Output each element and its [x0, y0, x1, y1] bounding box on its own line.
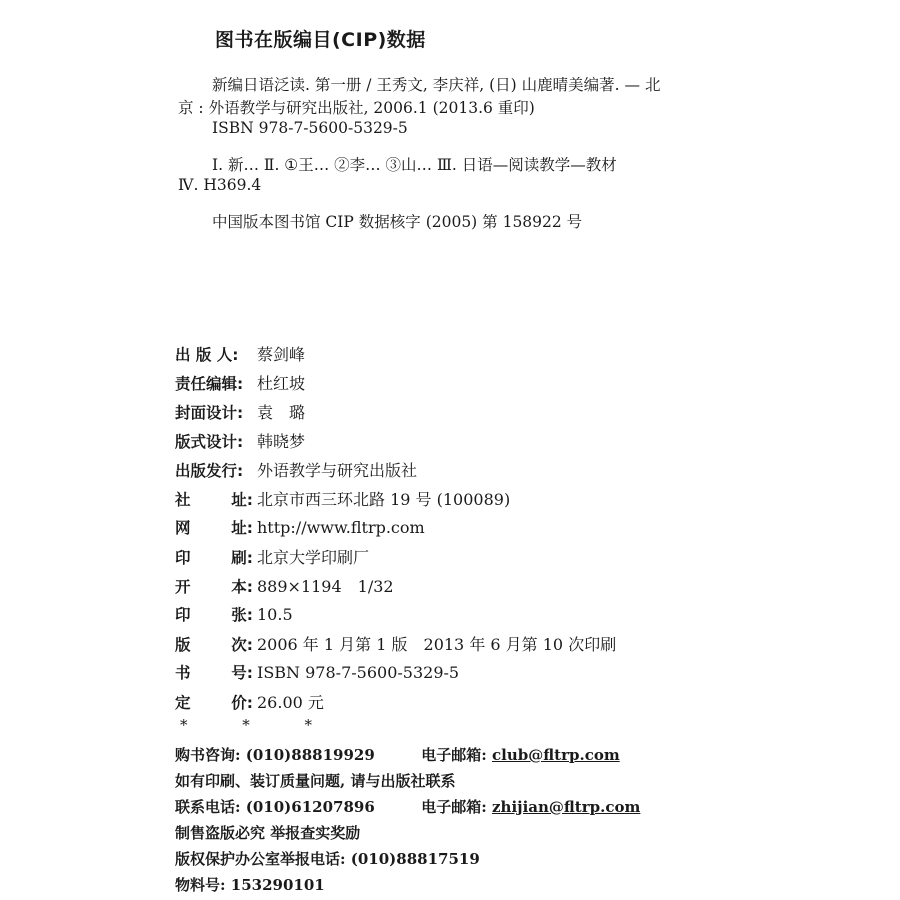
colophon-value: ISBN 978-7-5600-5329-5 [257, 663, 459, 682]
colophon-label: 封面设计: [175, 401, 257, 423]
cip-classification: Ⅰ. 新… Ⅱ. ①王… ②李… ③山… Ⅲ. 日语—阅读教学—教材 [212, 153, 617, 175]
cip-isbn: ISBN 978-7-5600-5329-5 [212, 119, 408, 137]
colophon-row-publisher: 出 版 人:蔡剑峰 [175, 342, 305, 366]
colophon-value: 26.00 元 [257, 693, 324, 712]
colophon-row-editor: 责任编辑:杜红坡 [175, 371, 305, 395]
colophon-row-printer: 印刷:北京大学印刷厂 [175, 545, 369, 569]
contact-line: 联系电话: (010)61207896 电子邮箱: zhijian@fltrp.… [175, 796, 640, 817]
colophon-label: 印刷: [175, 546, 253, 568]
colophon-row-website: 网址:http://www.fltrp.com [175, 516, 425, 540]
colophon-row-edition: 版次:2006 年 1 月第 1 版 2013 年 6 月第 10 次印刷 [175, 632, 616, 656]
colophon-row-price: 定价:26.00 元 [175, 690, 324, 714]
colophon-label: 社址: [175, 488, 253, 510]
colophon-label: 出 版 人: [175, 343, 257, 365]
purchase-line: 购书咨询: (010)88819929 电子邮箱: club@fltrp.com [175, 744, 620, 765]
colophon-label: 定价: [175, 691, 253, 713]
email-link-club[interactable]: club@fltrp.com [492, 746, 620, 764]
colophon-label: 书号: [175, 661, 253, 683]
colophon-value: 889×1194 1/32 [257, 577, 394, 596]
colophon-value: 蔡剑峰 [257, 345, 305, 364]
piracy-note: 制售盗版必究 举报查实奖励 [175, 822, 360, 843]
copyright-phone: 版权保护办公室举报电话: (010)88817519 [175, 848, 480, 869]
colophon-row-layout-design: 版式设计:韩晓梦 [175, 429, 305, 453]
email-label: 电子邮箱: [421, 798, 487, 816]
colophon-label: 版次: [175, 633, 253, 655]
colophon-row-format: 开本:889×1194 1/32 [175, 574, 394, 598]
colophon-value: 外语教学与研究出版社 [257, 461, 417, 480]
colophon-row-cover-design: 封面设计:袁 璐 [175, 400, 305, 424]
colophon-label: 责任编辑: [175, 372, 257, 394]
colophon-value: 韩晓梦 [257, 432, 305, 451]
colophon-label: 版式设计: [175, 430, 257, 452]
cip-line-1: 新编日语泛读. 第一册 / 王秀文, 李庆祥, (日) 山鹿晴美编著. — 北 [212, 73, 660, 95]
colophon-label: 网址: [175, 516, 253, 538]
purchase-phone: 购书咨询: (010)88819929 [175, 746, 375, 764]
material-number: 物料号: 153290101 [175, 874, 325, 895]
colophon-label: 开本: [175, 575, 253, 597]
email-label: 电子邮箱: [421, 746, 487, 764]
colophon-value: 北京市西三环北路 19 号 (100089) [257, 490, 510, 509]
contact-phone: 联系电话: (010)61207896 [175, 798, 375, 816]
colophon-value: 10.5 [257, 605, 293, 624]
colophon-label: 出版发行: [175, 459, 257, 481]
colophon-label: 印张: [175, 603, 253, 625]
colophon-value: 2006 年 1 月第 1 版 2013 年 6 月第 10 次印刷 [257, 635, 616, 654]
colophon-value: 杜红坡 [257, 374, 305, 393]
colophon-row-distribution: 出版发行:外语教学与研究出版社 [175, 458, 417, 482]
colophon-row-sheets: 印张:10.5 [175, 603, 293, 627]
cip-title: 图书在版编目(CIP)数据 [215, 25, 426, 52]
email-link-zhijian[interactable]: zhijian@fltrp.com [492, 798, 640, 816]
cip-line-2: 京 : 外语教学与研究出版社, 2006.1 (2013.6 重印) [178, 96, 535, 118]
colophon-row-isbn: 书号:ISBN 978-7-5600-5329-5 [175, 661, 459, 685]
cip-class-number: Ⅳ. H369.4 [178, 176, 261, 194]
website-link[interactable]: http://www.fltrp.com [257, 518, 425, 537]
colophon-row-address: 社址:北京市西三环北路 19 号 (100089) [175, 487, 510, 511]
cip-record-number: 中国版本图书馆 CIP 数据核字 (2005) 第 158922 号 [212, 210, 582, 232]
quality-note: 如有印刷、装订质量问题, 请与出版社联系 [175, 770, 455, 791]
colophon-value: 袁 璐 [257, 403, 305, 422]
separator-stars: * * * [180, 716, 312, 734]
colophon-value: 北京大学印刷厂 [257, 548, 369, 567]
